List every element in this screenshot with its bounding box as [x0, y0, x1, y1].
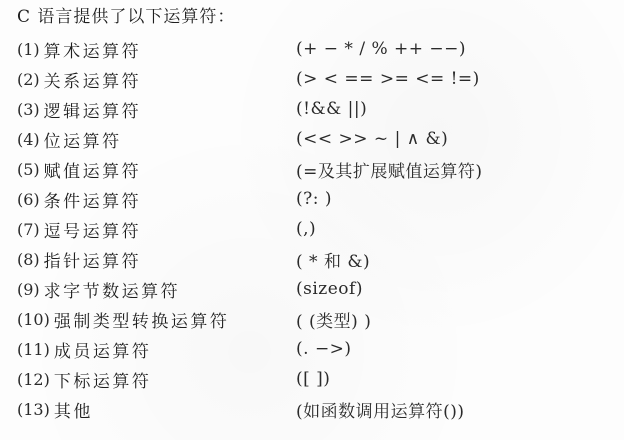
- list-item: (4)位运算符 (<< >> ~ | ∧ &): [17, 124, 483, 154]
- item-number: (7): [17, 220, 40, 239]
- list-item: (10)强制类型转换运算符 ( (类型) ): [17, 304, 483, 334]
- item-number: (11): [17, 340, 50, 359]
- list-item: (2)关系运算符 (> < == >= <= !=): [17, 64, 483, 94]
- operator-symbols: (sizeof): [296, 279, 363, 299]
- operator-symbols: ( * 和 &): [296, 247, 370, 272]
- operator-category: 算术运算符: [44, 37, 142, 62]
- list-item: (5)赋值运算符 (=及其扩展赋值运算符): [17, 154, 483, 184]
- operator-category: 强制类型转换运算符: [54, 307, 230, 332]
- operator-symbols: (,): [296, 219, 316, 239]
- list-item: (11)成员运算符 (. −>): [17, 334, 483, 364]
- operator-symbols: (?: ): [296, 189, 332, 209]
- item-number: (5): [17, 160, 40, 179]
- list-item: (6)条件运算符 (?: ): [17, 184, 483, 214]
- item-number: (10): [17, 310, 50, 329]
- list-item: (8)指针运算符 ( * 和 &): [17, 244, 483, 274]
- operator-category: 关系运算符: [44, 67, 142, 92]
- list-item: (1)算术运算符 (+ − * / % ++ −−): [17, 34, 483, 64]
- list-item: (7)逗号运算符 (,): [17, 214, 483, 244]
- operator-symbols: (如函数调用运算符()): [296, 397, 465, 422]
- list-item: (3)逻辑运算符 (!&& ||): [17, 94, 483, 124]
- item-number: (13): [17, 400, 50, 419]
- item-number: (4): [17, 130, 40, 149]
- operator-category: 位运算符: [44, 127, 122, 152]
- operator-symbols: ( (类型) ): [296, 307, 371, 332]
- item-number: (6): [17, 190, 40, 209]
- item-number: (3): [17, 100, 40, 119]
- operator-category: 指针运算符: [44, 247, 142, 272]
- document-page: C 语言提供了以下运算符： (1)算术运算符 (+ − * / % ++ −−)…: [0, 0, 624, 440]
- operator-category: 逗号运算符: [44, 217, 142, 242]
- operator-category: 成员运算符: [54, 337, 152, 362]
- list-item: (12)下标运算符 ([ ]): [17, 364, 483, 394]
- operator-category: 赋值运算符: [44, 157, 142, 182]
- intro-text: C 语言提供了以下运算符：: [17, 5, 235, 29]
- operator-symbols: ([ ]): [296, 369, 330, 389]
- item-number: (8): [17, 250, 40, 269]
- operator-symbols: (> < == >= <= !=): [296, 69, 480, 89]
- item-number: (1): [17, 40, 40, 59]
- list-item: (9)求字节数运算符 (sizeof): [17, 274, 483, 304]
- operator-symbols: (. −>): [296, 339, 352, 359]
- operator-category: 逻辑运算符: [44, 97, 142, 122]
- operator-category: 其他: [54, 397, 93, 422]
- operator-symbols: (+ − * / % ++ −−): [296, 39, 466, 59]
- operator-symbols: (=及其扩展赋值运算符): [296, 157, 483, 182]
- operator-list: (1)算术运算符 (+ − * / % ++ −−) (2)关系运算符 (> <…: [17, 34, 483, 424]
- list-item: (13)其他 (如函数调用运算符()): [17, 394, 483, 424]
- item-number: (9): [17, 280, 40, 299]
- operator-symbols: (!&& ||): [296, 99, 367, 119]
- item-number: (2): [17, 70, 40, 89]
- item-number: (12): [17, 370, 50, 389]
- operator-symbols: (<< >> ~ | ∧ &): [296, 129, 448, 149]
- operator-category: 求字节数运算符: [44, 277, 181, 302]
- operator-category: 下标运算符: [54, 367, 152, 392]
- operator-category: 条件运算符: [44, 187, 142, 212]
